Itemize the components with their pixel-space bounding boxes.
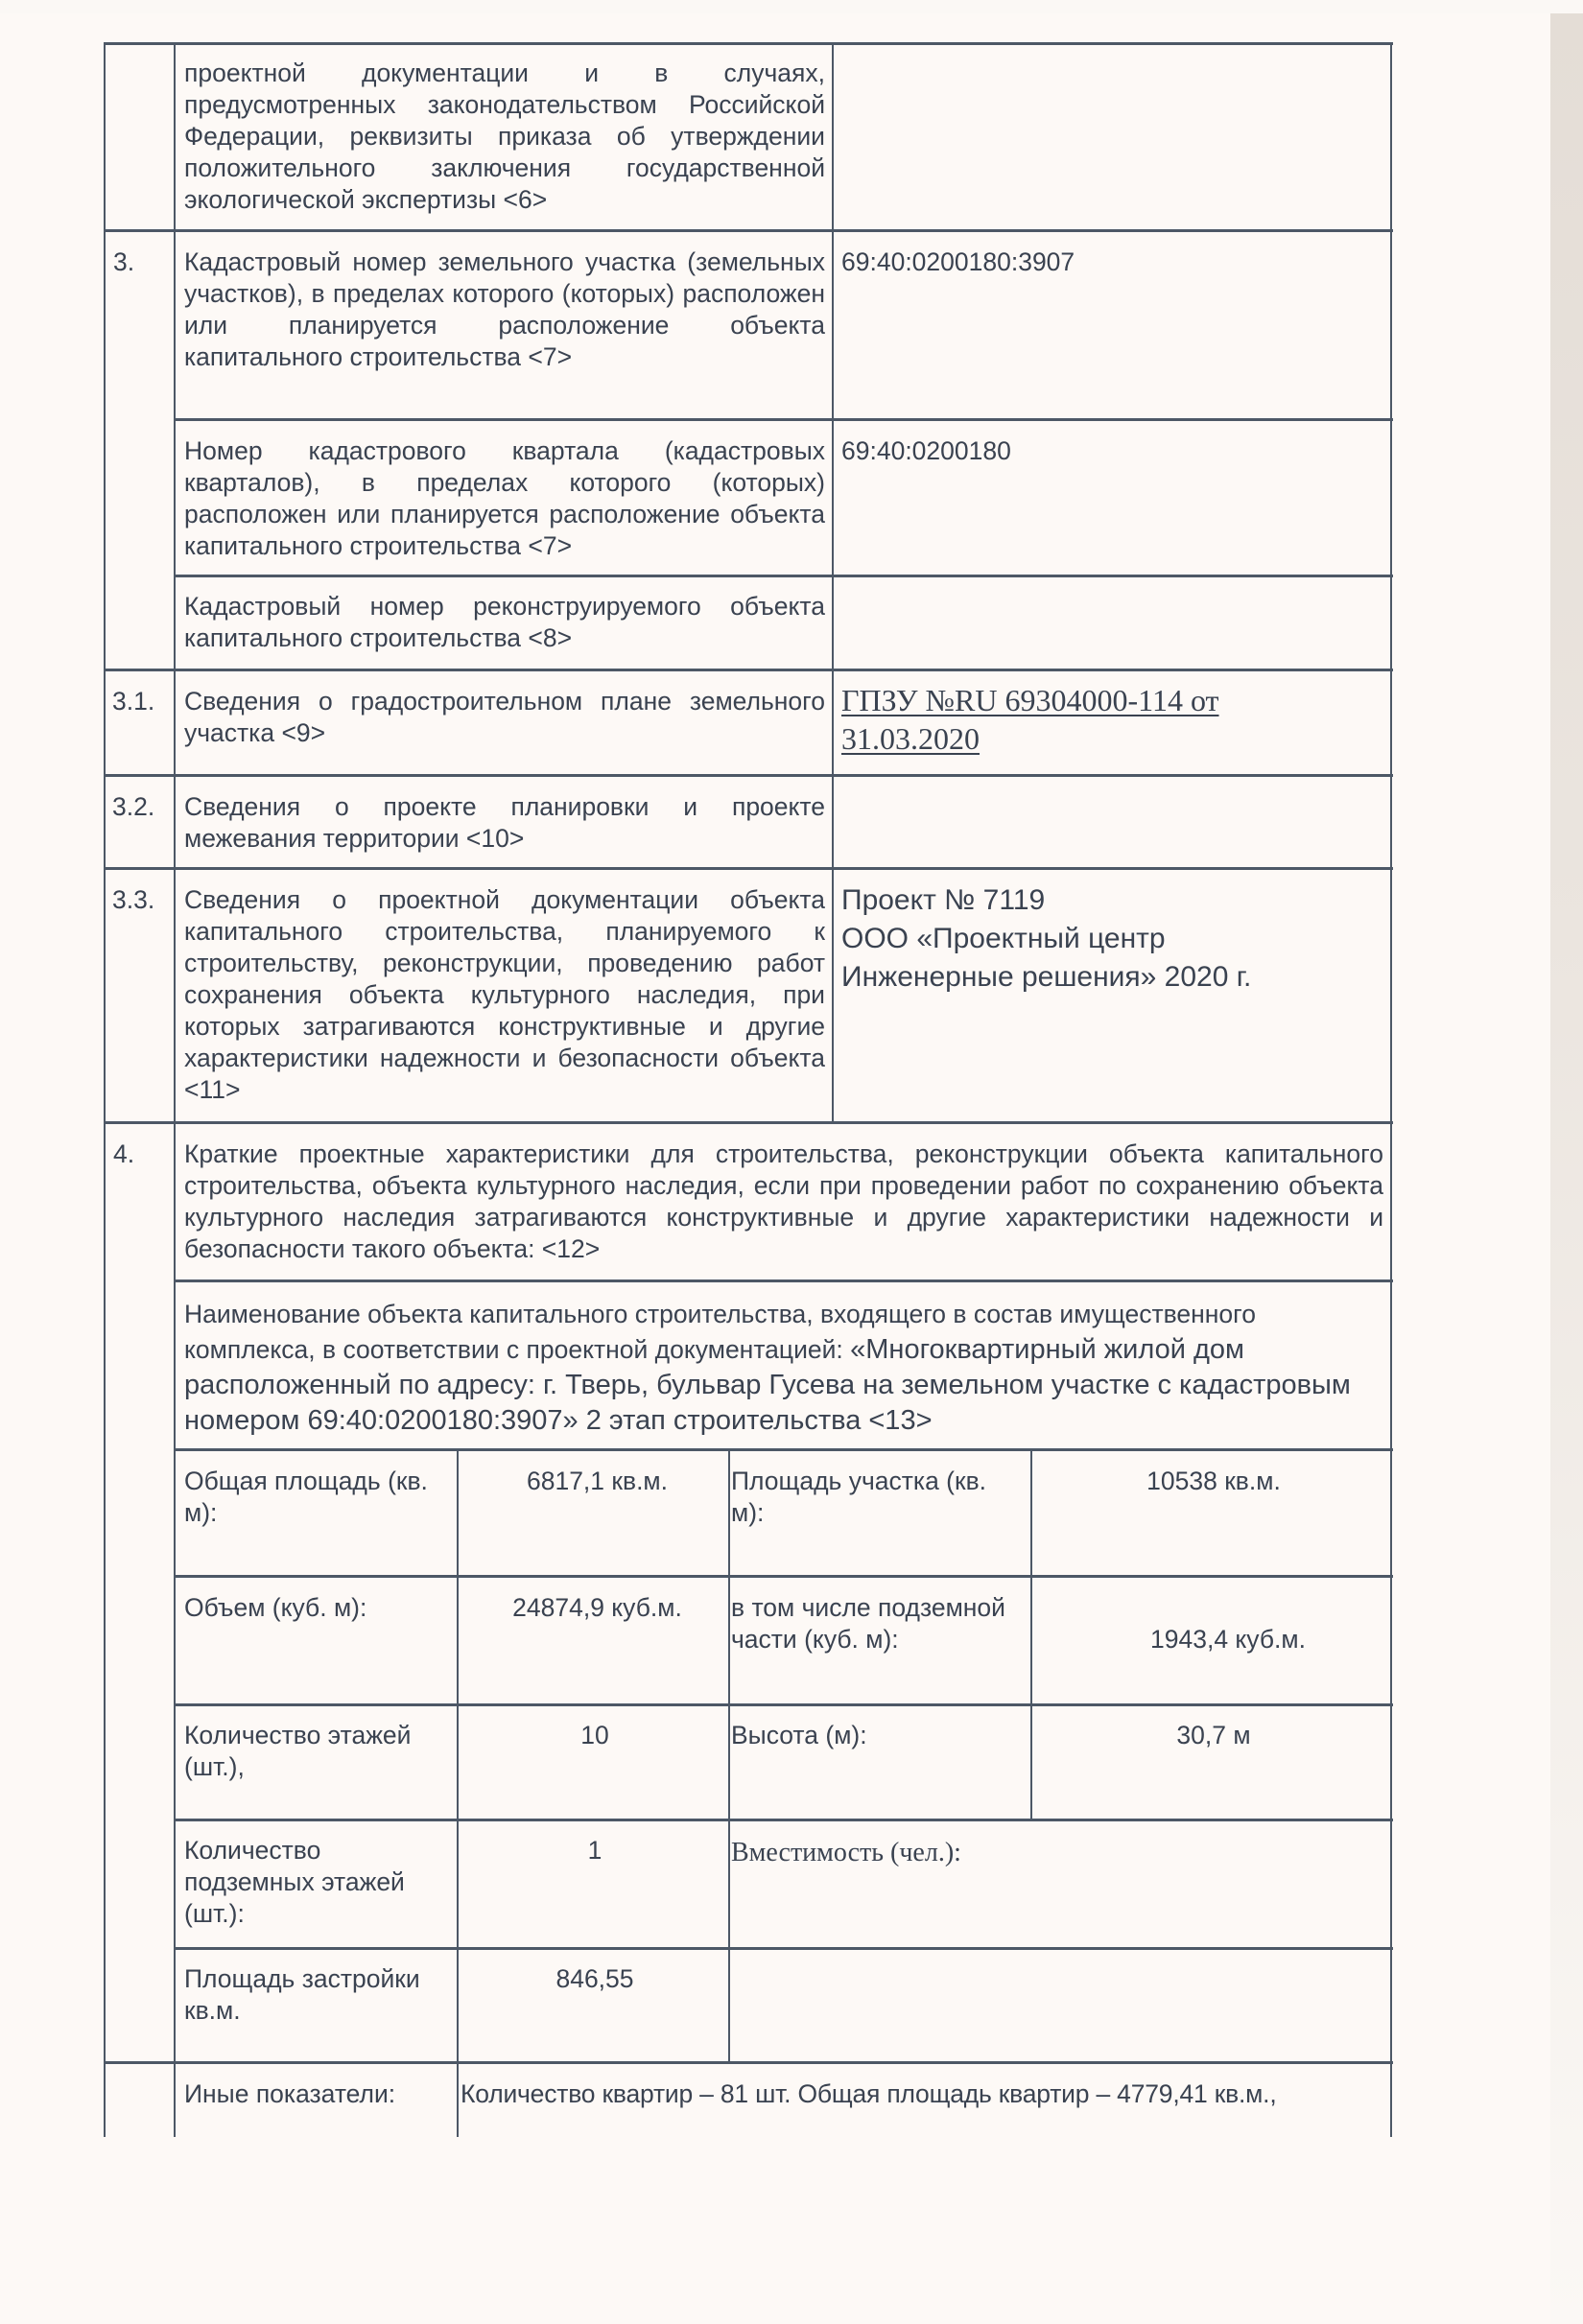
built-area-value: 846,55 — [470, 1963, 720, 1995]
total-area-value: 6817,1 кв.м. — [470, 1466, 724, 1497]
row-divider — [104, 229, 1393, 232]
underground-floors-value: 1 — [470, 1835, 720, 1866]
table-border-right — [1390, 42, 1392, 2137]
row-divider — [175, 1819, 1393, 1821]
plot-area-value: 10538 кв.м. — [1046, 1466, 1382, 1497]
cadastral-quarter-label: Номер кадастрового квартала (кадастровых… — [184, 435, 825, 562]
param-col-divider-1 — [457, 1448, 459, 2137]
row-3-2-label: Сведения о проекте планировки и проекте … — [184, 791, 825, 855]
row-divider — [175, 1947, 1393, 1950]
object-name: Наименование объекта капитального строит… — [184, 1297, 1383, 1439]
floors-label: Количество этажей (шт.), — [184, 1720, 453, 1783]
floors-value: 10 — [470, 1720, 720, 1751]
row-3-1-label: Сведения о градостроительном плане земел… — [184, 686, 825, 749]
scan-page-edge — [1550, 13, 1583, 2324]
row-divider — [104, 669, 1393, 671]
project-company-year: Инженерные решения» 2020 г. — [841, 958, 1379, 997]
height-label: Высота (м): — [731, 1720, 1019, 1751]
plot-area-label: Площадь участка (кв. м): — [731, 1466, 1019, 1529]
capacity-label: Вместимость (чел.): — [731, 1837, 1115, 1868]
underground-volume-value: 1943,4 куб.м. — [1046, 1624, 1410, 1655]
gpzu-value: ГПЗУ №RU 69304000-114 от 31.03.2020 — [841, 681, 1302, 758]
project-number: Проект № 7119 — [841, 881, 1379, 920]
section-4-number: 4. — [113, 1139, 134, 1170]
row-divider — [175, 1575, 1393, 1578]
row-divider — [104, 867, 1393, 870]
row-divider — [175, 1703, 1393, 1706]
row-divider — [104, 1121, 1393, 1124]
row-divider — [104, 774, 1393, 777]
section-4-description: Краткие проектные характеристики для стр… — [184, 1139, 1383, 1265]
volume-label: Объем (куб. м): — [184, 1592, 443, 1624]
param-col-divider-3 — [1030, 1448, 1032, 1820]
cadastral-number-value: 69:40:0200180:3907 — [841, 246, 1379, 278]
row-divider — [104, 2061, 1393, 2064]
row-3-1-number: 3.1. — [112, 686, 154, 717]
row-divider — [175, 418, 1393, 421]
num-column-divider — [174, 42, 176, 2137]
project-doc-value: Проект № 7119 ООО «Проектный центр Инжен… — [841, 881, 1379, 997]
table-border-top — [104, 42, 1393, 45]
built-area-label: Площадь застройки кв.м. — [184, 1963, 453, 2027]
row-3-3-number: 3.3. — [112, 884, 154, 916]
value-column-divider — [832, 42, 834, 1123]
row-divider — [175, 1448, 1393, 1451]
row-3-number: 3. — [113, 246, 134, 278]
row-divider — [175, 575, 1393, 577]
row-ecology-label: проектной документации и в случаях, пред… — [184, 58, 825, 216]
row-3-2-number: 3.2. — [112, 791, 154, 823]
height-value: 30,7 м — [1046, 1720, 1382, 1751]
underground-volume-label: в том числе подземной части (куб. м): — [731, 1592, 1024, 1655]
row-3-3-label: Сведения о проектной документации объект… — [184, 884, 825, 1106]
param-col-divider-2 — [728, 1448, 730, 2064]
project-company: ООО «Проектный центр — [841, 920, 1379, 958]
scan-top-band — [0, 0, 1583, 13]
total-area-label: Общая площадь (кв. м): — [184, 1466, 443, 1529]
row-3-label: Кадастровый номер земельного участка (зе… — [184, 246, 825, 373]
other-indicators-value: Количество квартир – 81 шт. Общая площад… — [461, 2078, 1386, 2110]
table-border-left — [104, 42, 106, 2137]
row-divider — [175, 1279, 1393, 1282]
reconstructed-object-label: Кадастровый номер реконструируемого объе… — [184, 591, 825, 654]
cadastral-quarter-value: 69:40:0200180 — [841, 435, 1379, 467]
other-indicators-label: Иные показатели: — [184, 2078, 453, 2110]
volume-value: 24874,9 куб.м. — [470, 1592, 724, 1624]
underground-floors-label: Количество подземных этажей (шт.): — [184, 1835, 443, 1930]
